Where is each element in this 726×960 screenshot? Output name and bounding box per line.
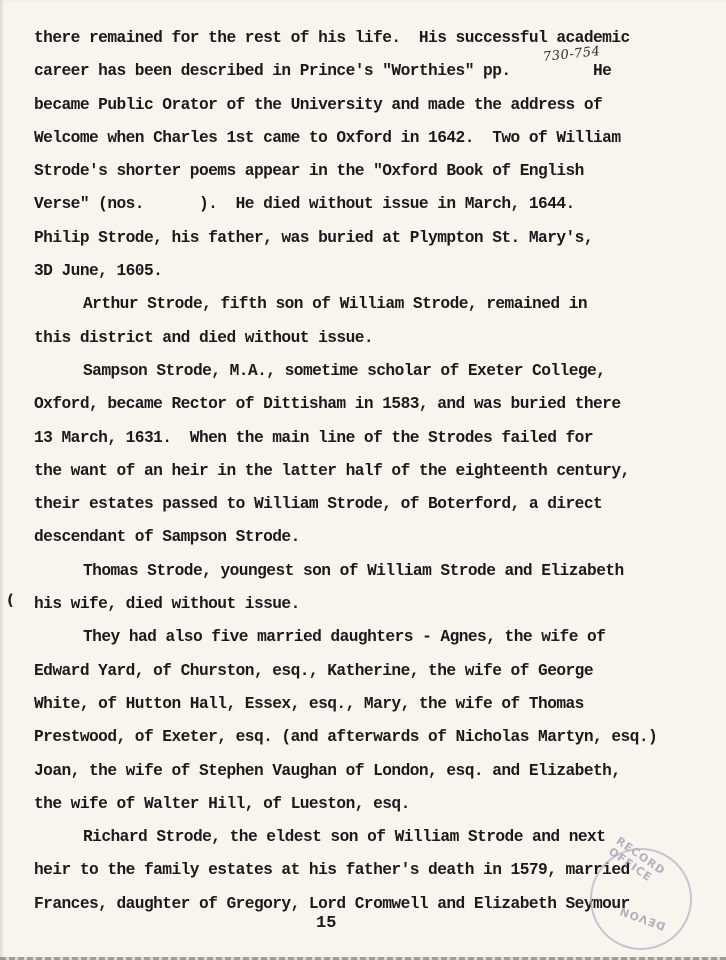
text-line: the wife of Walter Hill, of Lueston, esq… [34,788,714,821]
text-line: Verse" (nos. ). He died without issue in… [34,188,714,221]
text-line: the want of an heir in the latter half o… [34,455,714,488]
text-line: 3D June, 1605. [34,255,714,288]
text-line: Philip Strode, his father, was buried at… [34,222,714,255]
text-line: Arthur Strode, fifth son of William Stro… [34,288,714,321]
text-line: Oxford, became Rector of Dittisham in 15… [34,388,714,421]
text-line: They had also five married daughters - A… [34,621,714,654]
text-line: there remained for the rest of his life.… [34,22,714,55]
record-office-stamp: RECORD OFFICE DEVON [590,848,692,950]
text-line: Sampson Strode, M.A., sometime scholar o… [34,355,714,388]
text-line: 13 March, 1631. When the main line of th… [34,422,714,455]
document-page: there remained for the rest of his life.… [0,0,726,960]
text-line: Edward Yard, of Churston, esq., Katherin… [34,655,714,688]
text-line: Welcome when Charles 1st came to Oxford … [34,122,714,155]
text-line: his wife, died without issue. [34,588,714,621]
text-line: became Public Orator of the University a… [34,89,714,122]
text-line: this district and died without issue. [34,322,714,355]
text-line: Joan, the wife of Stephen Vaughan of Lon… [34,755,714,788]
margin-pencil-mark: ( [7,591,14,609]
text-line: Thomas Strode, youngest son of William S… [34,555,714,588]
text-line: descendant of Sampson Strode. [34,521,714,554]
page-number: 15 [316,914,336,933]
text-line: White, of Hutton Hall, Essex, esq., Mary… [34,688,714,721]
text-line: their estates passed to William Strode, … [34,488,714,521]
typed-text-body: there remained for the rest of his life.… [34,22,714,921]
text-line: career has been described in Prince's "W… [34,55,714,88]
stamp-bottom-text: DEVON [617,904,667,933]
text-line: Strode's shorter poems appear in the "Ox… [34,155,714,188]
text-line: Prestwood, of Exeter, esq. (and afterwar… [34,721,714,754]
